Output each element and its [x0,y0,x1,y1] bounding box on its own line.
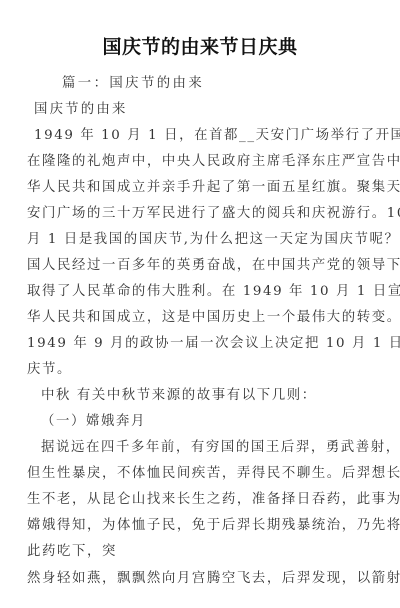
subsection-heading: 国庆节的由来 [34,101,374,119]
paragraph-line: 中秋 有关中秋节来源的故事有以下几则： [41,387,381,405]
paragraph-line: 庆节。 [27,361,367,379]
paragraph-line: 1949 年 10 月 1 日，在首都__天安门广场举行了开国大典， [34,127,374,145]
paragraph-line: 但生性暴戾，不体恤民间疾苦，弄得民不聊生。后羿想长 [27,465,367,483]
paragraph-line: 国人民经过一百多年的英勇奋战，在中国共产党的领导下， [27,257,367,275]
section-heading: 篇一：国庆节的由来 [62,75,400,93]
paragraph-line: 华人民共和国成立，这是中国历史上一个最伟大的转变。 [27,309,367,327]
paragraph-line: 取得了人民革命的伟大胜利。在 1949 年 10 月 1 日宣告中 [27,283,367,301]
paragraph-line: 在隆隆的礼炮声中，中央人民政府主席毛泽东庄严宣告中 [27,153,367,171]
paragraph-line: 1949 年 9 月的政协一届一次会议上决定把 10 月 1 日定为国 [27,335,367,353]
paragraph-line: 据说远在四千多年前，有穷国的国王后羿，勇武善射， [41,439,381,457]
paragraph-line: 安门广场的三十万军民进行了盛大的阅兵和庆祝游行。10 [27,205,367,223]
document-title: 国庆节的由来节日庆典 [0,32,400,59]
paragraph-line: 月 1 日是我国的国庆节,为什么把这一天定为国庆节呢？中 [27,231,367,249]
paragraph-line: 生不老，从昆仑山找来长生之药，准备择日吞药，此事为 [27,491,367,509]
paragraph-line: 然身轻如燕，飘飘然向月宫腾空飞去，后羿发现，以箭射 [27,570,367,588]
paragraph-line: 此药吃下，突 [27,543,367,561]
paragraph-line: 华人民共和国成立并亲手升起了第一面五星红旗。聚集天 [27,179,367,197]
paragraph-line: 嫦娥得知，为体恤子民，免于后羿长期残暴统治，乃先将 [27,517,367,535]
paragraph-line: （一）嫦娥奔月 [41,413,381,431]
